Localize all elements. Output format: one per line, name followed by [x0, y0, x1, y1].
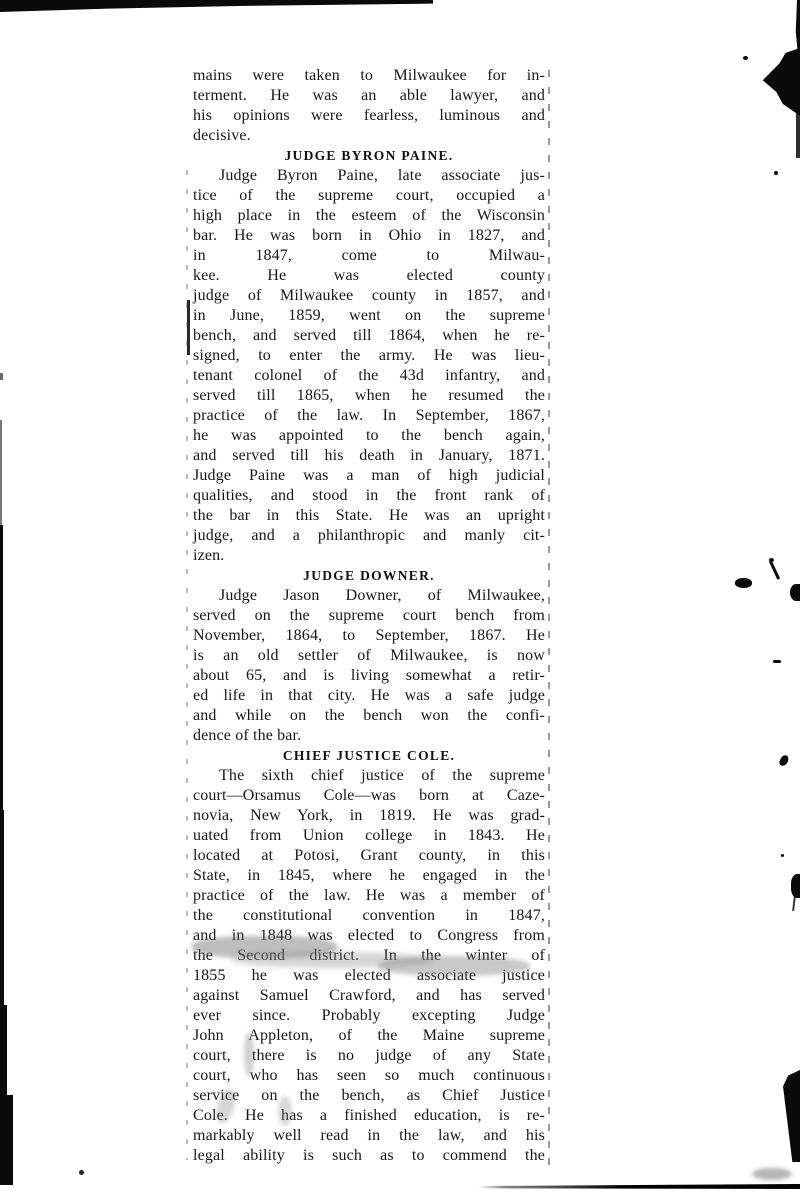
scan-artifact-right-blob: [791, 874, 800, 898]
text-line: mains were taken to Milwaukee for in-: [193, 66, 545, 86]
column-rule-left-segment: [187, 300, 190, 355]
scan-artifact-dash-blob: [735, 578, 752, 588]
text-line: against Samuel Crawford, and has served: [193, 986, 545, 1006]
scan-artifact-left-strip: [0, 1005, 7, 1100]
text-line: bar. He was born in Ohio in 1827, and: [193, 226, 545, 246]
section-heading: CHIEF JUSTICE COLE.: [193, 746, 545, 766]
scan-artifact-right-strip: [796, 112, 800, 158]
scan-artifact-dot: [781, 854, 784, 857]
text-line: in 1847, come to Milwau-: [193, 246, 545, 266]
text-line: served on the supreme court bench from: [193, 606, 545, 626]
ink-smudge: [278, 1096, 292, 1126]
scan-artifact-left-strip: [0, 420, 2, 532]
text-line: qualities, and stood in the front rank o…: [193, 486, 545, 506]
scan-artifact-left-strip: [0, 1095, 13, 1185]
text-line: tice of the supreme court, occupied a: [193, 186, 545, 206]
text-line: markably well read in the law, and his: [193, 1126, 545, 1146]
scan-artifact-blob-tail: [792, 896, 796, 911]
text-line: his opinions were fearless, luminous and: [193, 106, 545, 126]
scan-artifact-right-blob: [762, 48, 800, 118]
text-line: about 65, and is living somewhat a retir…: [193, 666, 545, 686]
text-line: dence of the bar.: [193, 726, 545, 746]
text-line: tenant colonel of the 43d infantry, and: [193, 366, 545, 386]
scan-artifact-bottom-smudge: [752, 1168, 792, 1180]
text-line: and served till his death in January, 18…: [193, 446, 545, 466]
text-line: State, in 1845, where he engaged in the: [193, 866, 545, 886]
ink-smudge: [378, 956, 530, 976]
text-line: legal ability is such as to commend the: [193, 1146, 545, 1166]
text-line: ever since. Probably excepting Judge: [193, 1006, 545, 1026]
text-line: uated from Union college in 1843. He: [193, 826, 545, 846]
section-heading: JUDGE DOWNER.: [193, 566, 545, 586]
paragraph: Judge Jason Downer, of Milwaukee,served …: [193, 586, 545, 746]
text-line: judge, and a philanthropic and manly cit…: [193, 526, 545, 546]
scan-artifact-left-strip: [0, 525, 3, 815]
text-line: served till 1865, when he resumed the: [193, 386, 545, 406]
text-line: the constitutional convention in 1847,: [193, 906, 545, 926]
text-line: November, 1864, to September, 1867. He: [193, 626, 545, 646]
text-line: decisive.: [193, 126, 545, 146]
paragraph: mains were taken to Milwaukee for in-ter…: [193, 66, 545, 146]
text-line: izen.: [193, 546, 545, 566]
text-line: Judge Paine was a man of high judicial: [193, 466, 545, 486]
text-line: terment. He was an able lawyer, and: [193, 86, 545, 106]
scan-artifact-bottom-right-wedge: [783, 1070, 800, 1162]
text-line: practice of the law. In September, 1867,: [193, 406, 545, 426]
text-line: Cole. He has a finished education, is re…: [193, 1106, 545, 1126]
scan-artifact-top-bar: [0, 0, 433, 12]
text-line: judge of Milwaukee county in 1857, and: [193, 286, 545, 306]
scan-artifact-dot: [79, 1170, 84, 1175]
text-line: court—Orsamus Cole—was born at Caze-: [193, 786, 545, 806]
text-line: is an old settler of Milwaukee, is now: [193, 646, 545, 666]
column-rule-right: [548, 70, 550, 1165]
scan-artifact-dash: [773, 660, 781, 663]
text-line: The sixth chief justice of the supreme: [193, 766, 545, 786]
text-line: bench, and served till 1864, when he re-: [193, 326, 545, 346]
text-line: practice of the law. He was a member of: [193, 886, 545, 906]
scan-artifact-right-blob: [790, 584, 800, 601]
text-line: Judge Jason Downer, of Milwaukee,: [193, 586, 545, 606]
text-line: Judge Byron Paine, late associate jus-: [193, 166, 545, 186]
text-line: high place in the esteem of the Wisconsi…: [193, 206, 545, 226]
text-line: he was appointed to the bench again,: [193, 426, 545, 446]
section-heading: JUDGE BYRON PAINE.: [193, 146, 545, 166]
scan-artifact-dot: [769, 558, 774, 562]
scan-artifact-left-strip: [0, 810, 4, 1010]
scan-artifact-bottom-line: [478, 1184, 800, 1189]
text-line: ed life in that city. He was a safe judg…: [193, 686, 545, 706]
text-line: located at Potosi, Grant county, in this: [193, 846, 545, 866]
scan-artifact-left-strip: [0, 373, 3, 380]
text-line: the bar in this State. He was an upright: [193, 506, 545, 526]
scan-artifact-dot: [743, 56, 748, 60]
text-line: novia, New York, in 1819. He was grad-: [193, 806, 545, 826]
paragraph: Judge Byron Paine, late associate jus-ti…: [193, 166, 545, 566]
text-line: kee. He was elected county: [193, 266, 545, 286]
text-line: service on the bench, as Chief Justice: [193, 1086, 545, 1106]
scan-artifact-diagonal-stroke: [769, 560, 780, 579]
text-line: in June, 1859, went on the supreme: [193, 306, 545, 326]
text-line: and while on the bench won the confi-: [193, 706, 545, 726]
scan-artifact-comma-mark: [779, 754, 790, 767]
text-line: signed, to enter the army. He was lieu-: [193, 346, 545, 366]
article-column: mains were taken to Milwaukee for in-ter…: [193, 66, 545, 1166]
newspaper-clipping-scan: mains were taken to Milwaukee for in-ter…: [0, 0, 800, 1191]
scan-artifact-dot: [774, 171, 778, 175]
ink-smudge: [244, 1032, 254, 1077]
